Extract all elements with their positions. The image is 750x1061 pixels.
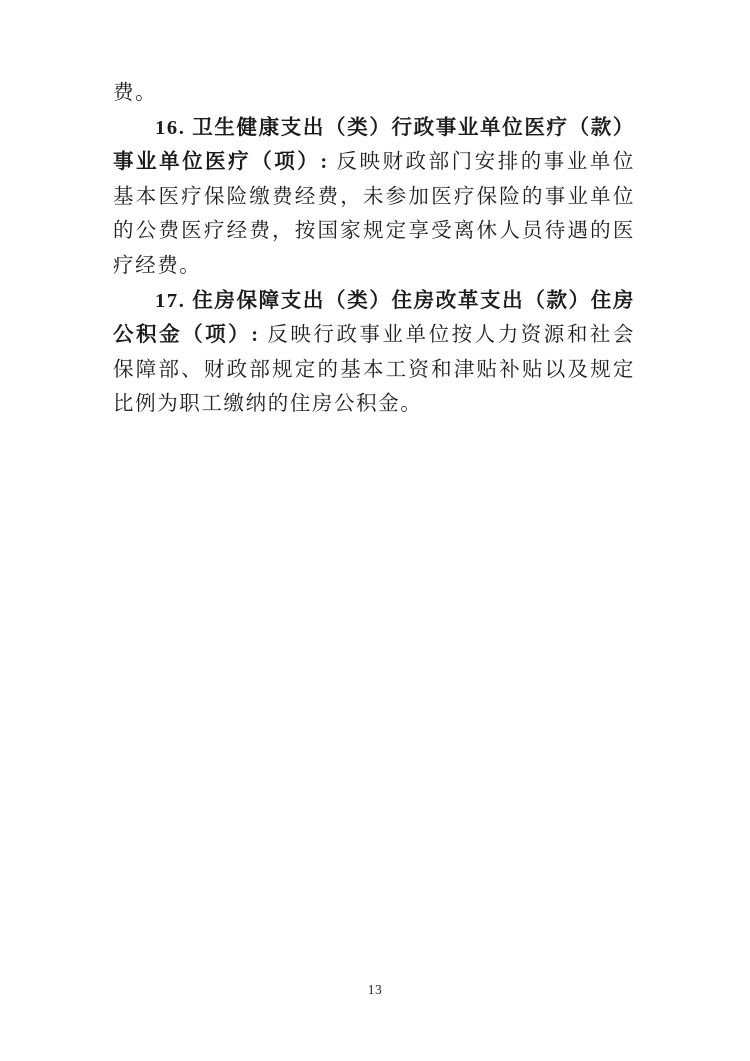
- paragraph-item-17: 17. 住房保障支出（类）住房改革支出（款）住房公积金（项）: 反映行政事业单位…: [113, 284, 635, 422]
- document-page: 费。 16. 卫生健康支出（类）行政事业单位医疗（款）事业单位医疗（项）: 反映…: [0, 0, 750, 1061]
- page-footer: 13: [0, 981, 750, 999]
- page-body: 费。 16. 卫生健康支出（类）行政事业单位医疗（款）事业单位医疗（项）: 反映…: [113, 76, 635, 422]
- paragraph-item-16: 16. 卫生健康支出（类）行政事业单位医疗（款）事业单位医疗（项）: 反映财政部…: [113, 111, 635, 284]
- page-number: 13: [368, 982, 383, 997]
- paragraph-text: 费。: [113, 82, 157, 104]
- paragraph-continuation: 费。: [113, 76, 635, 111]
